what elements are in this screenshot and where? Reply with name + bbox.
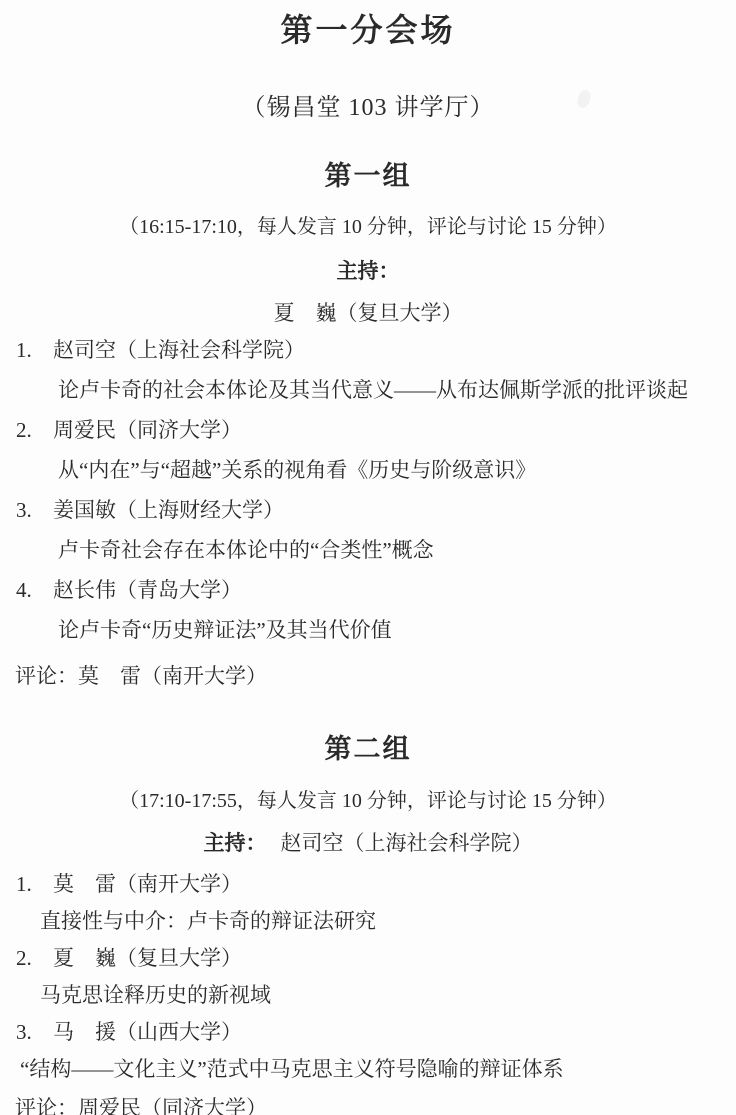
paper-title: 卢卡奇社会存在本体论中的“合类性”概念 (0, 537, 736, 563)
session-1-chair-label: 主持： (0, 255, 736, 285)
session-1-chair-name: 夏 巍（复旦大学） (0, 297, 736, 327)
paper-title: 论卢卡奇的社会本体论及其当代意义——从布达佩斯学派的批评谈起 (0, 377, 736, 403)
speaker-line: 3. 姜国敏（上海财经大学） (0, 497, 736, 523)
speaker-name: 莫 雷（南开大学） (53, 871, 242, 897)
item-number: 3. (16, 1019, 53, 1045)
paper-title: 论卢卡奇“历史辩证法”及其当代价值 (0, 617, 736, 643)
conference-program-page: 第一分会场 （锡昌堂 103 讲学厅） 第一组 （16:15-17:10，每人发… (0, 0, 736, 1115)
session-2-chair-line: 主持：赵司空（上海社会科学院） (0, 827, 736, 857)
paper-title: “结构——文化主义”范式中马克思主义符号隐喻的辩证体系 (0, 1056, 736, 1082)
speaker-line: 1. 赵司空（上海社会科学院） (0, 337, 736, 363)
session-2: 第二组 （17:10-17:55，每人发言 10 分钟，评论与讨论 15 分钟）… (0, 733, 736, 1115)
item-number: 1. (16, 871, 53, 897)
paper-title: 从“内在”与“超越”关系的视角看《历史与阶级意识》 (0, 457, 736, 483)
venue-room: （锡昌堂 103 讲学厅） (0, 87, 736, 122)
session-1: 第一组 （16:15-17:10，每人发言 10 分钟，评论与讨论 15 分钟）… (0, 160, 736, 689)
speaker-line: 1. 莫 雷（南开大学） (0, 871, 736, 897)
speaker-name: 马 援（山西大学） (53, 1019, 242, 1045)
item-number: 3. (16, 497, 53, 523)
venue-title: 第一分会场 (0, 0, 736, 49)
item-number: 4. (16, 577, 53, 603)
speaker-name: 姜国敏（上海财经大学） (53, 497, 284, 523)
speaker-line: 3. 马 援（山西大学） (0, 1019, 736, 1045)
paper-title: 直接性与中介：卢卡奇的辩证法研究 (0, 908, 736, 934)
session-2-commentator: 评论：周爱民（同济大学） (0, 1095, 736, 1115)
session-2-chair-label: 主持： (204, 831, 267, 855)
session-1-title: 第一组 (0, 160, 736, 192)
session-1-items: 1. 赵司空（上海社会科学院） 论卢卡奇的社会本体论及其当代意义——从布达佩斯学… (0, 337, 736, 643)
item-number: 2. (16, 417, 53, 443)
speaker-line: 2. 夏 巍（复旦大学） (0, 945, 736, 971)
session-2-title: 第二组 (0, 733, 736, 765)
speaker-name: 赵司空（上海社会科学院） (53, 337, 305, 363)
paper-title: 马克思诠释历史的新视域 (0, 982, 736, 1008)
item-number: 2. (16, 945, 53, 971)
session-2-items: 1. 莫 雷（南开大学） 直接性与中介：卢卡奇的辩证法研究 2. 夏 巍（复旦大… (0, 871, 736, 1082)
speaker-name: 赵长伟（青岛大学） (53, 577, 242, 603)
speaker-name: 夏 巍（复旦大学） (53, 945, 242, 971)
item-number: 1. (16, 337, 53, 363)
session-2-chair-name: 赵司空（上海社会科学院） (281, 831, 533, 855)
speaker-line: 2. 周爱民（同济大学） (0, 417, 736, 443)
session-1-commentator: 评论：莫 雷（南开大学） (0, 663, 736, 689)
speaker-line: 4. 赵长伟（青岛大学） (0, 577, 736, 603)
speaker-name: 周爱民（同济大学） (53, 417, 242, 443)
session-2-time-note: （17:10-17:55，每人发言 10 分钟，评论与讨论 15 分钟） (0, 784, 736, 813)
session-1-time-note: （16:15-17:10，每人发言 10 分钟，评论与讨论 15 分钟） (0, 210, 736, 239)
